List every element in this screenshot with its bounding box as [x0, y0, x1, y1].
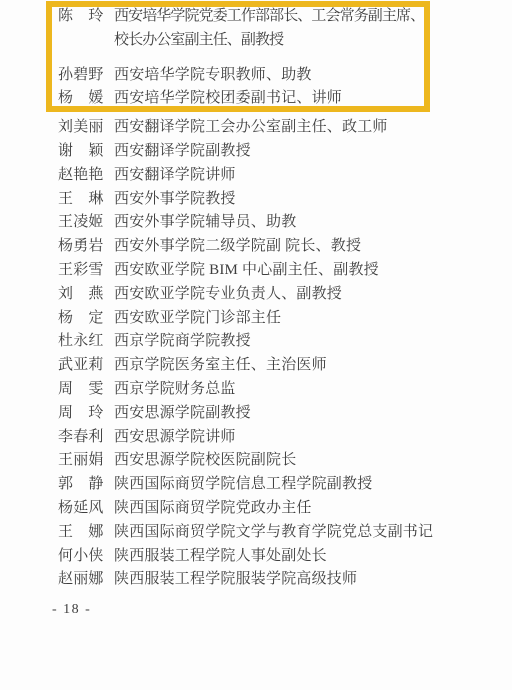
person-name: 王凌姬: [58, 211, 114, 235]
person-title: 西安培华学院专职教师、助教: [114, 64, 438, 88]
person-title: 西安翻译学院讲师: [114, 164, 438, 188]
person-name: 李春利: [58, 426, 114, 450]
list-item: 李春利 西安思源学院讲师: [58, 426, 438, 450]
list-item: 郭 静 陕西国际商贸学院信息工程学院副教授: [58, 473, 438, 497]
person-name: 杨 定: [58, 307, 114, 331]
person-title: 西京学院财务总监: [114, 378, 438, 402]
list-item: 赵艳艳 西安翻译学院讲师: [58, 164, 438, 188]
person-name: 何小侠: [58, 545, 114, 569]
list-item: 谢 颖 西安翻译学院副教授: [58, 140, 438, 164]
list-item: 周 雯 西京学院财务总监: [58, 378, 438, 402]
person-name: 杨 媛: [58, 87, 114, 111]
list-item: 王彩雪 西安欧亚学院 BIM 中心副主任、副教授: [58, 259, 438, 283]
person-title: 西安思源学院讲师: [114, 426, 438, 450]
list-item: 王 琳 西安外事学院教授: [58, 188, 438, 212]
list-item: 武亚莉 西京学院医务室主任、主治医师: [58, 354, 438, 378]
person-name: 刘美丽: [58, 116, 114, 140]
person-name: 孙碧野: [58, 64, 114, 88]
roster-list: 陈 玲 西安培华学院党委工作部部长、工会常务副主席、 校长办公室副主任、副教授 …: [58, 5, 438, 592]
list-item: 王凌姬 西安外事学院辅导员、助教: [58, 211, 438, 235]
list-item: 何小侠 陕西服装工程学院人事处副处长: [58, 545, 438, 569]
page-number: - 18 -: [52, 602, 91, 618]
person-name: 杨延风: [58, 497, 114, 521]
document-page: 陈 玲 西安培华学院党委工作部部长、工会常务副主席、 校长办公室副主任、副教授 …: [0, 0, 512, 690]
person-title: 西安外事学院教授: [114, 188, 438, 212]
person-title: 西安翻译学院副教授: [114, 140, 438, 164]
person-name: 赵丽娜: [58, 568, 114, 592]
list-item: 杨 定 西安欧亚学院门诊部主任: [58, 307, 438, 331]
person-name: 王 琳: [58, 188, 114, 212]
person-title: 西安翻译学院工会办公室副主任、政工师: [114, 116, 438, 140]
person-title: 西安外事学院辅导员、助教: [114, 211, 438, 235]
person-title: 西安培华学院校团委副书记、讲师: [114, 87, 438, 111]
person-name: 周 玲: [58, 402, 114, 426]
list-item: 杨延风 陕西国际商贸学院党政办主任: [58, 497, 438, 521]
list-item: 杨勇岩 西安外事学院二级学院副 院长、教授: [58, 235, 438, 259]
person-title: 西安外事学院二级学院副 院长、教授: [114, 235, 438, 259]
list-item: 孙碧野 西安培华学院专职教师、助教: [58, 64, 438, 88]
person-title: 西安思源学院副教授: [114, 402, 438, 426]
person-title: 西安欧亚学院专业负责人、副教授: [114, 283, 438, 307]
list-item: 王 娜 陕西国际商贸学院文学与教育学院党总支副书记: [58, 521, 438, 545]
person-title: 西京学院商学院教授: [114, 330, 438, 354]
person-name: 杨勇岩: [58, 235, 114, 259]
list-item: 杜永红 西京学院商学院教授: [58, 330, 438, 354]
list-item: 刘 燕 西安欧亚学院专业负责人、副教授: [58, 283, 438, 307]
person-name: 王 娜: [58, 521, 114, 545]
person-title: 西安欧亚学院门诊部主任: [114, 307, 438, 331]
person-name: 杜永红: [58, 330, 114, 354]
person-name: 武亚莉: [58, 354, 114, 378]
person-name: 谢 颖: [58, 140, 114, 164]
person-title: 陕西国际商贸学院党政办主任: [114, 497, 438, 521]
list-item: 赵丽娜 陕西服装工程学院服装学院高级技师: [58, 568, 438, 592]
person-name: 郭 静: [58, 473, 114, 497]
person-title: 西京学院医务室主任、主治医师: [114, 354, 438, 378]
person-title: 陕西国际商贸学院信息工程学院副教授: [114, 473, 438, 497]
person-name: 陈 玲: [58, 5, 114, 29]
person-title: 陕西服装工程学院服装学院高级技师: [114, 568, 438, 592]
person-name: 王丽娟: [58, 449, 114, 473]
list-item: 刘美丽 西安翻译学院工会办公室副主任、政工师: [58, 116, 438, 140]
person-title: 西安欧亚学院 BIM 中心副主任、副教授: [114, 259, 438, 283]
person-title: 西安培华学院党委工作部部长、工会常务副主席、 校长办公室副主任、副教授: [114, 5, 438, 53]
person-title: 陕西国际商贸学院文学与教育学院党总支副书记: [114, 521, 438, 545]
person-title: 西安思源学院校医院副院长: [114, 449, 438, 473]
person-name: 周 雯: [58, 378, 114, 402]
list-item: 周 玲 西安思源学院副教授: [58, 402, 438, 426]
person-name: 刘 燕: [58, 283, 114, 307]
list-item: 陈 玲 西安培华学院党委工作部部长、工会常务副主席、 校长办公室副主任、副教授: [58, 5, 438, 53]
person-name: 王彩雪: [58, 259, 114, 283]
person-title: 陕西服装工程学院人事处副处长: [114, 545, 438, 569]
person-name: 赵艳艳: [58, 164, 114, 188]
list-item: 王丽娟 西安思源学院校医院副院长: [58, 449, 438, 473]
list-item: 杨 媛 西安培华学院校团委副书记、讲师: [58, 87, 438, 111]
